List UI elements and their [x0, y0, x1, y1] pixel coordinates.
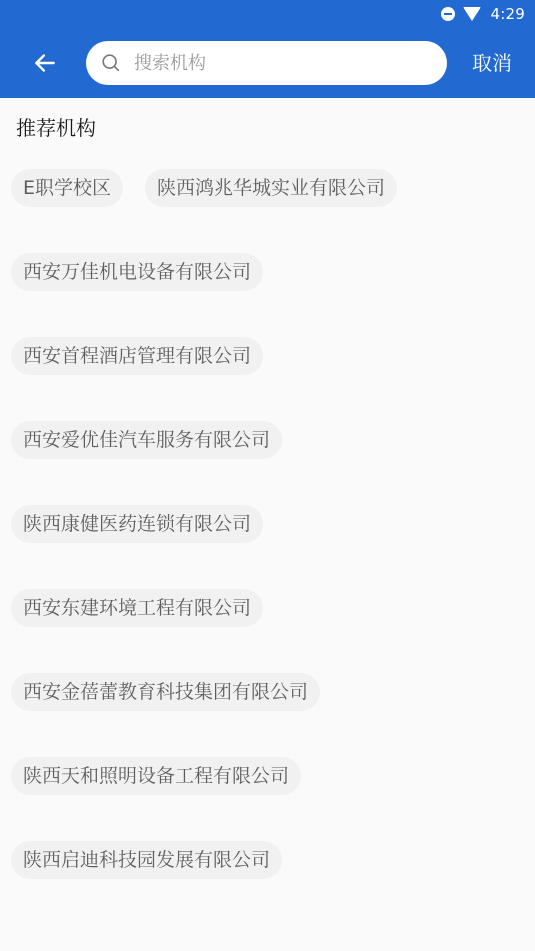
cancel-button[interactable]: 取消: [472, 48, 512, 78]
institution-chip[interactable]: 西安东建环境工程有限公司: [11, 589, 263, 627]
institution-chip[interactable]: 西安首程酒店管理有限公司: [11, 337, 263, 375]
app-header: 4:29 取消: [0, 0, 535, 98]
arrow-left-icon: [32, 50, 58, 76]
search-box[interactable]: [86, 41, 447, 85]
institution-chip[interactable]: 西安万佳机电设备有限公司: [11, 253, 263, 291]
status-bar: 4:29: [441, 0, 535, 28]
institution-chip[interactable]: 陕西天和照明设备工程有限公司: [11, 757, 301, 795]
institution-chip[interactable]: E职学校区: [11, 169, 123, 207]
search-input[interactable]: [134, 53, 414, 74]
institution-chip[interactable]: 陕西康健医药连锁有限公司: [11, 505, 263, 543]
institution-chip[interactable]: 陕西鸿兆华城实业有限公司: [145, 169, 397, 207]
do-not-disturb-icon: [441, 7, 455, 21]
wifi-icon: [463, 7, 481, 21]
institution-chip[interactable]: 西安爱优佳汽车服务有限公司: [11, 421, 282, 459]
back-button[interactable]: [22, 44, 68, 82]
recommended-institutions-list: E职学校区 陕西鸿兆华城实业有限公司 西安万佳机电设备有限公司 西安首程酒店管理…: [11, 169, 523, 879]
institution-chip[interactable]: 西安金蓓蕾教育科技集团有限公司: [11, 673, 320, 711]
section-title-recommended: 推荐机构: [16, 113, 96, 143]
search-icon: [100, 52, 122, 74]
institution-chip[interactable]: 陕西启迪科技园发展有限公司: [11, 841, 282, 879]
status-time: 4:29: [491, 5, 525, 23]
